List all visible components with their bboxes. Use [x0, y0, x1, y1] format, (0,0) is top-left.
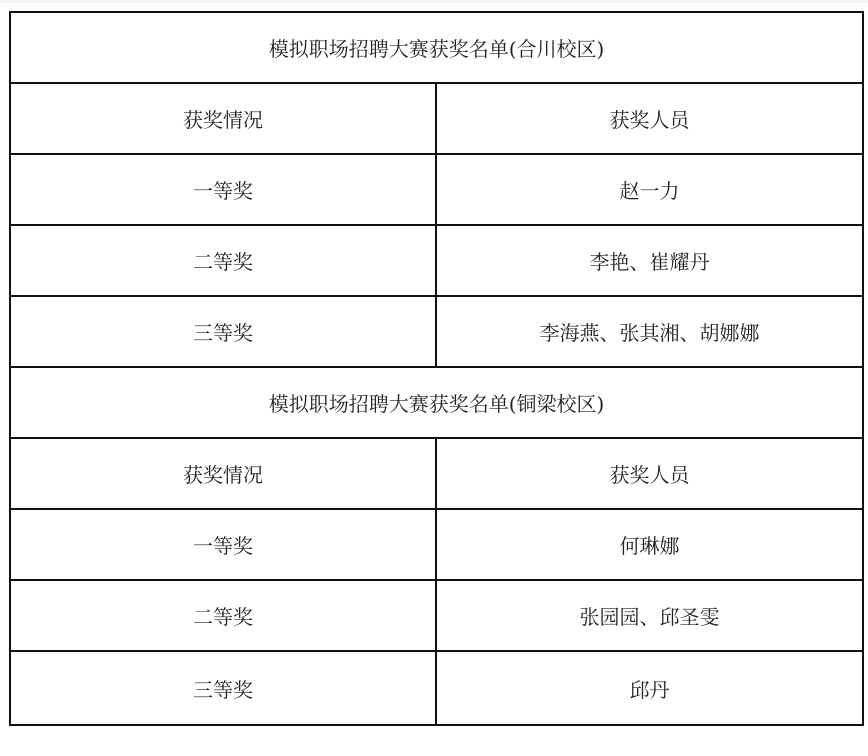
table-row: 一等奖 何琳娜 [10, 509, 863, 580]
section-title-row: 模拟职场招聘大赛获奖名单(铜梁校区) [10, 367, 863, 438]
table-row: 二等奖 张园园、邱圣雯 [10, 580, 863, 651]
section-title-row: 模拟职场招聘大赛获奖名单(合川校区) [10, 12, 863, 83]
table-row: 三等奖 邱丹 [10, 651, 863, 725]
award-cell: 一等奖 [10, 154, 436, 225]
table-row: 一等奖 赵一力 [10, 154, 863, 225]
section-title: 模拟职场招聘大赛获奖名单(合川校区) [10, 12, 863, 83]
winners-cell: 李艳、崔耀丹 [436, 225, 863, 296]
section-title: 模拟职场招聘大赛获奖名单(铜梁校区) [10, 367, 863, 438]
header-award: 获奖情况 [10, 438, 436, 509]
table-row: 二等奖 李艳、崔耀丹 [10, 225, 863, 296]
award-list-table: 模拟职场招聘大赛获奖名单(合川校区) 获奖情况 获奖人员 一等奖 赵一力 二等奖… [9, 11, 864, 726]
winners-cell: 邱丹 [436, 651, 863, 725]
award-cell: 三等奖 [10, 296, 436, 367]
top-strip [0, 0, 868, 3]
winners-cell: 李海燕、张其湘、胡娜娜 [436, 296, 863, 367]
header-winners: 获奖人员 [436, 83, 863, 154]
award-cell: 二等奖 [10, 580, 436, 651]
winners-cell: 何琳娜 [436, 509, 863, 580]
award-cell: 一等奖 [10, 509, 436, 580]
header-row: 获奖情况 获奖人员 [10, 438, 863, 509]
header-row: 获奖情况 获奖人员 [10, 83, 863, 154]
award-cell: 三等奖 [10, 651, 436, 725]
table-row: 三等奖 李海燕、张其湘、胡娜娜 [10, 296, 863, 367]
winners-cell: 赵一力 [436, 154, 863, 225]
winners-cell: 张园园、邱圣雯 [436, 580, 863, 651]
award-cell: 二等奖 [10, 225, 436, 296]
header-winners: 获奖人员 [436, 438, 863, 509]
header-award: 获奖情况 [10, 83, 436, 154]
